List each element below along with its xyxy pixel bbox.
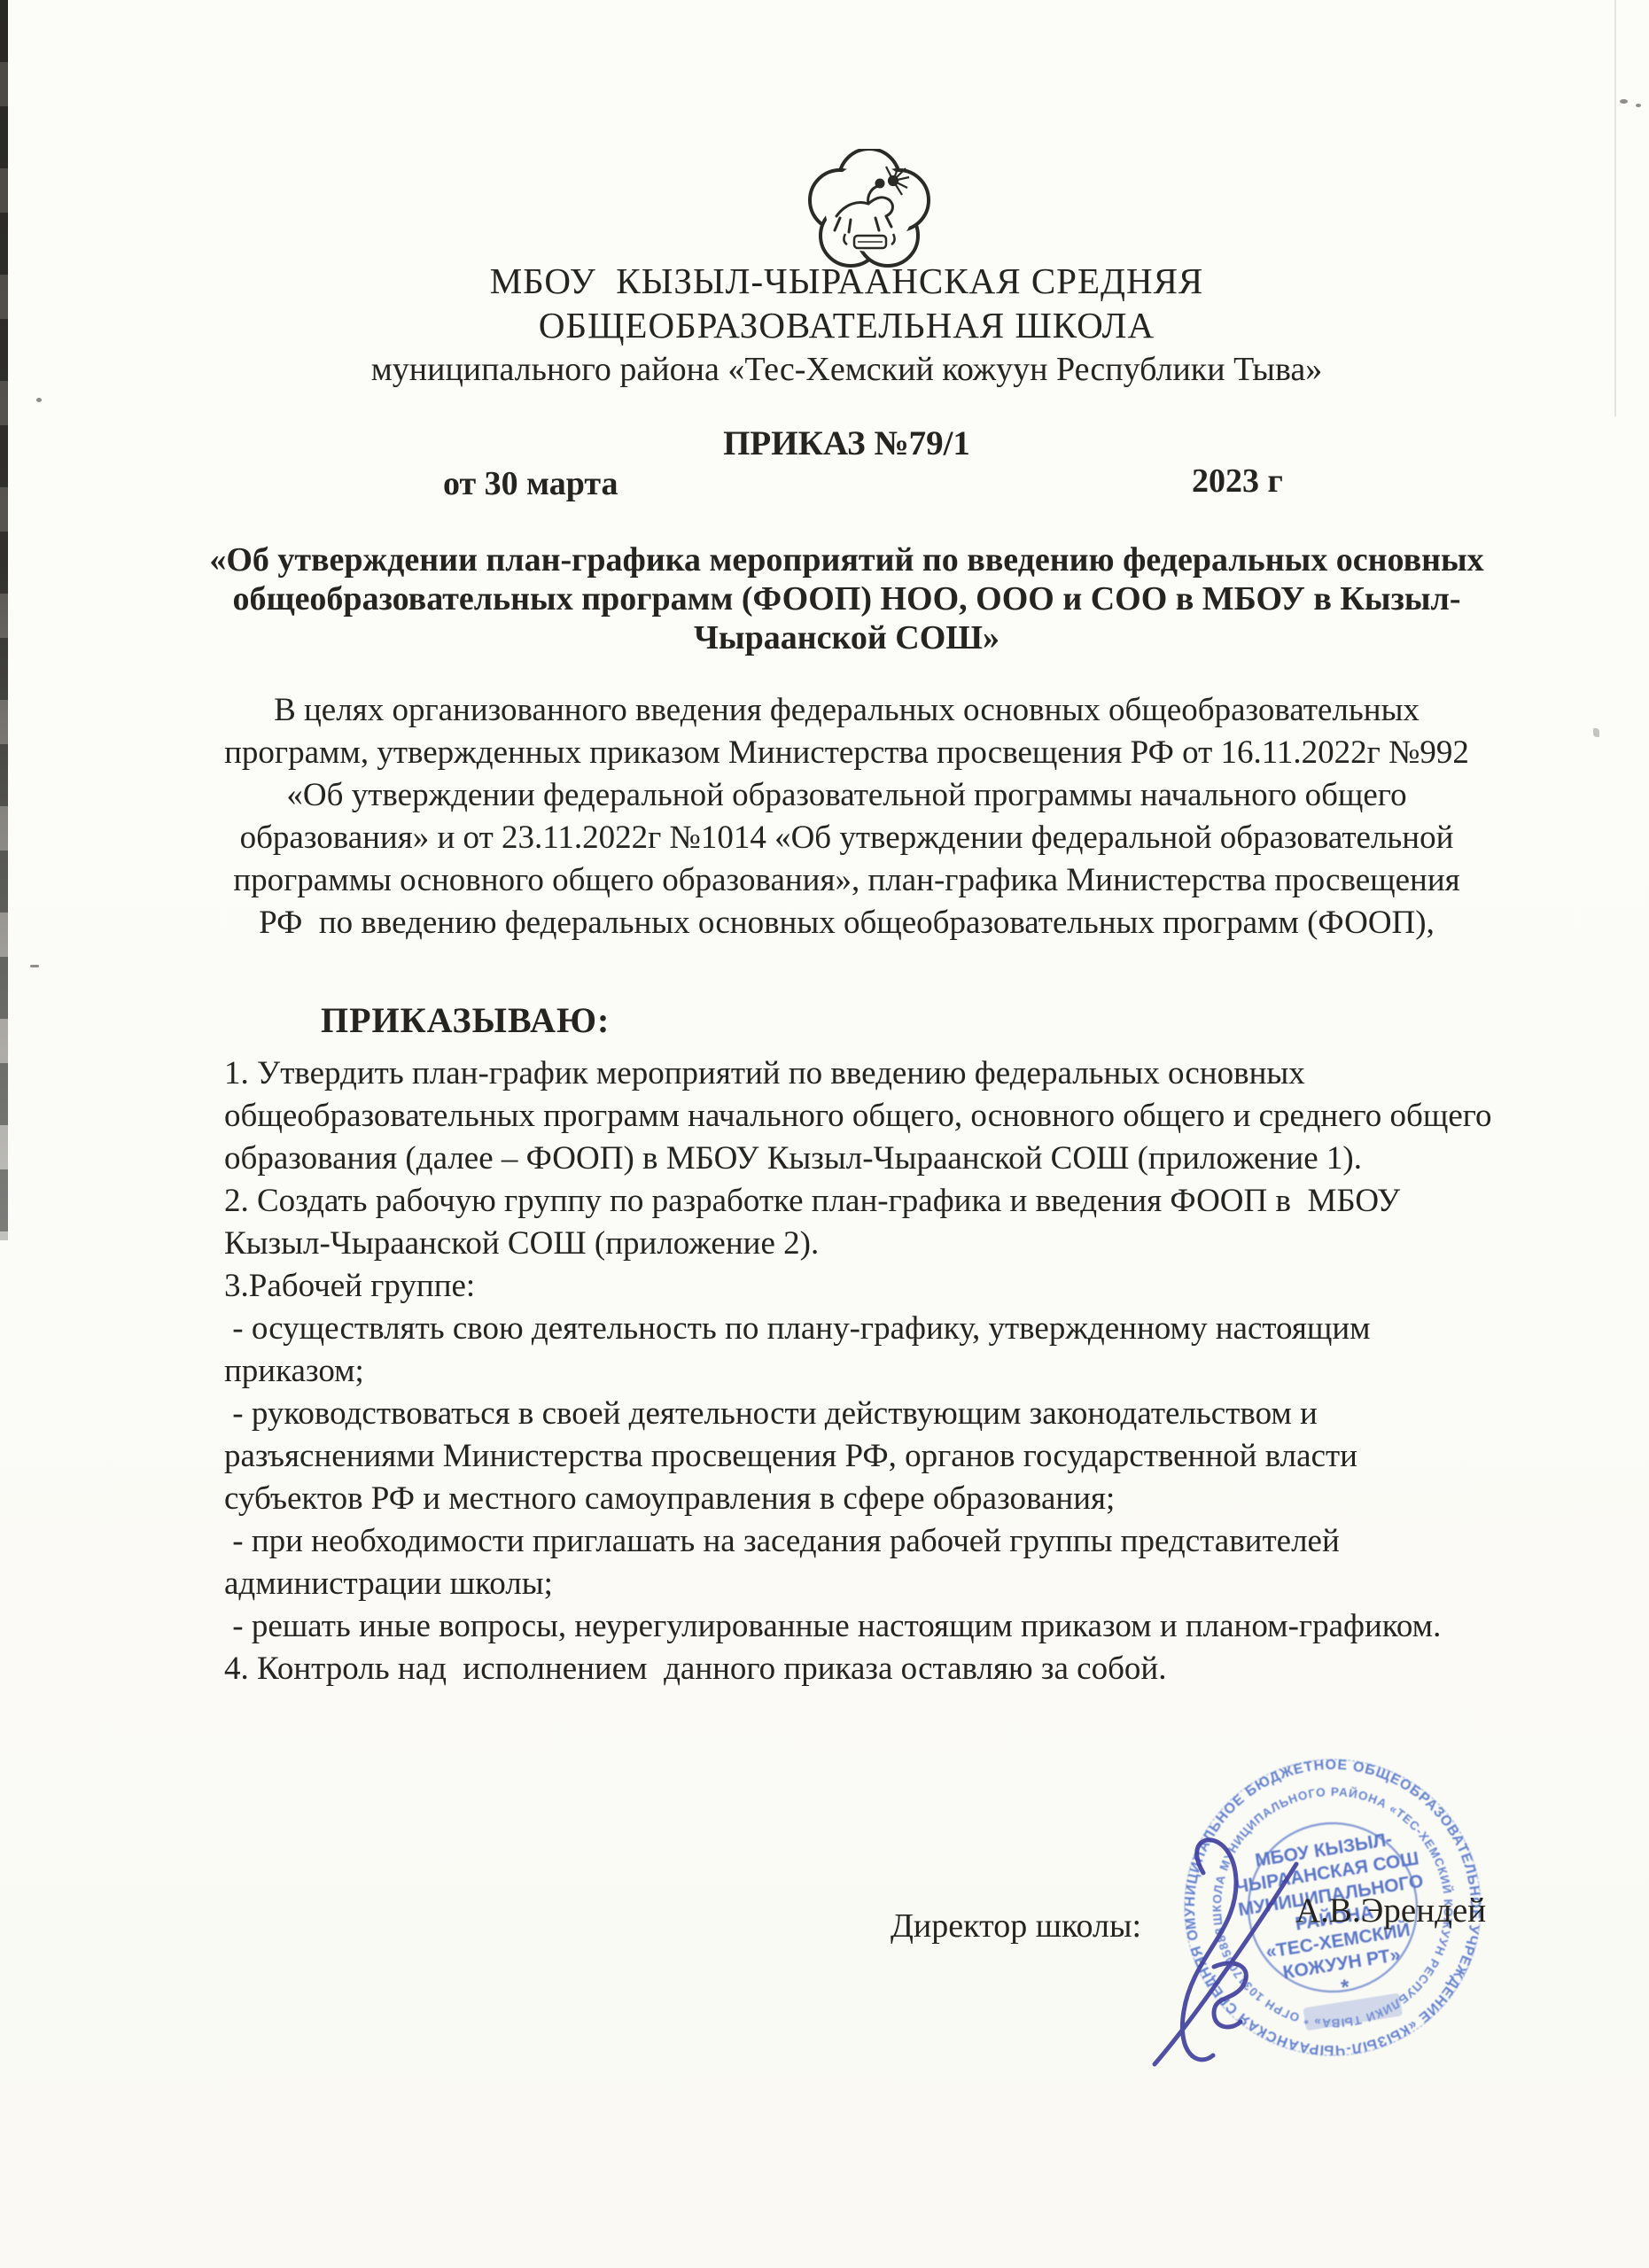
- preamble-line: программы основного общего образования»,…: [202, 859, 1491, 902]
- subject-line: общеобразовательных программ (ФООП) НОО,…: [202, 579, 1491, 618]
- order-preamble: В целях организованного введения федерал…: [202, 689, 1491, 944]
- preamble-line: В целях организованного введения федерал…: [202, 689, 1491, 732]
- order-subject: «Об утверждении план-графика мероприятий…: [202, 540, 1491, 657]
- item-line: 2. Создать рабочую группу по разработке …: [224, 1180, 1482, 1223]
- preamble-line: РФ по введению федеральных основных обще…: [202, 902, 1491, 944]
- school-name-line1: МБОУ КЫЗЫЛ-ЧЫРААНСКАЯ СРЕДНЯЯ: [202, 259, 1491, 303]
- school-name: МБОУ КЫЗЫЛ-ЧЫРААНСКАЯ СРЕДНЯЯ ОБЩЕОБРАЗО…: [202, 259, 1491, 347]
- item-line: администрации школы;: [224, 1563, 1482, 1605]
- item-line: общеобразовательных программ начального …: [224, 1095, 1482, 1138]
- order-date-left: от 30 марта: [443, 464, 618, 503]
- order-date-right: 2023 г: [1192, 462, 1283, 501]
- scan-speck: [30, 965, 39, 967]
- item-line: приказом;: [224, 1350, 1482, 1393]
- scanned-order-document: МБОУ КЫЗЫЛ-ЧЫРААНСКАЯ СРЕДНЯЯ ОБЩЕОБРАЗО…: [0, 0, 1649, 2268]
- preamble-line: программ, утвержденных приказом Министер…: [202, 732, 1491, 774]
- item-line: 3.Рабочей группе:: [224, 1265, 1482, 1308]
- school-name-line2: ОБЩЕОБРАЗОВАТЕЛЬНАЯ ШКОЛА: [202, 303, 1491, 347]
- item-line: - осуществлять свою деятельность по план…: [224, 1308, 1482, 1350]
- scan-edge-strip: [0, 0, 8, 1240]
- scan-faint-line: [1614, 0, 1616, 416]
- subject-line: Чыраанской СОШ»: [202, 618, 1491, 657]
- item-line: разъяснениями Министерства просвещения Р…: [224, 1435, 1482, 1478]
- subject-line: «Об утверждении план-графика мероприятий…: [202, 540, 1491, 579]
- item-line: 1. Утвердить план-график мероприятий по …: [224, 1052, 1482, 1095]
- municipality-line: муниципального района «Тес-Хемский кожуу…: [202, 349, 1491, 390]
- handwritten-signature: [1115, 1818, 1345, 2084]
- item-line: субъектов РФ и местного самоуправления в…: [224, 1478, 1482, 1520]
- item-line: - решать иные вопросы, неурегулированные…: [224, 1605, 1482, 1648]
- preamble-line: образования» и от 23.11.2022г №1014 «Об …: [202, 817, 1491, 859]
- resolve-heading: ПРИКАЗЫВАЮ:: [321, 999, 610, 1041]
- signature-label: Директор школы:: [891, 1907, 1141, 1946]
- order-title: ПРИКАЗ №79/1: [202, 423, 1491, 463]
- scan-speck: [1636, 104, 1641, 107]
- item-line: - руководствоваться в своей деятельности…: [224, 1393, 1482, 1435]
- preamble-line: «Об утверждении федеральной образователь…: [202, 774, 1491, 817]
- order-items: 1. Утвердить план-график мероприятий по …: [224, 1052, 1482, 1690]
- item-line: - при необходимости приглашать на заседа…: [224, 1520, 1482, 1563]
- scan-speck: [1620, 99, 1628, 104]
- item-line: 4. Контроль над исполнением данного прик…: [224, 1648, 1482, 1690]
- item-line: образования (далее – ФООП) в МБОУ Кызыл-…: [224, 1138, 1482, 1180]
- scan-speck: [36, 398, 42, 402]
- scan-speck: [1593, 728, 1599, 737]
- item-line: Кызыл-Чыраанской СОШ (приложение 2).: [224, 1223, 1482, 1265]
